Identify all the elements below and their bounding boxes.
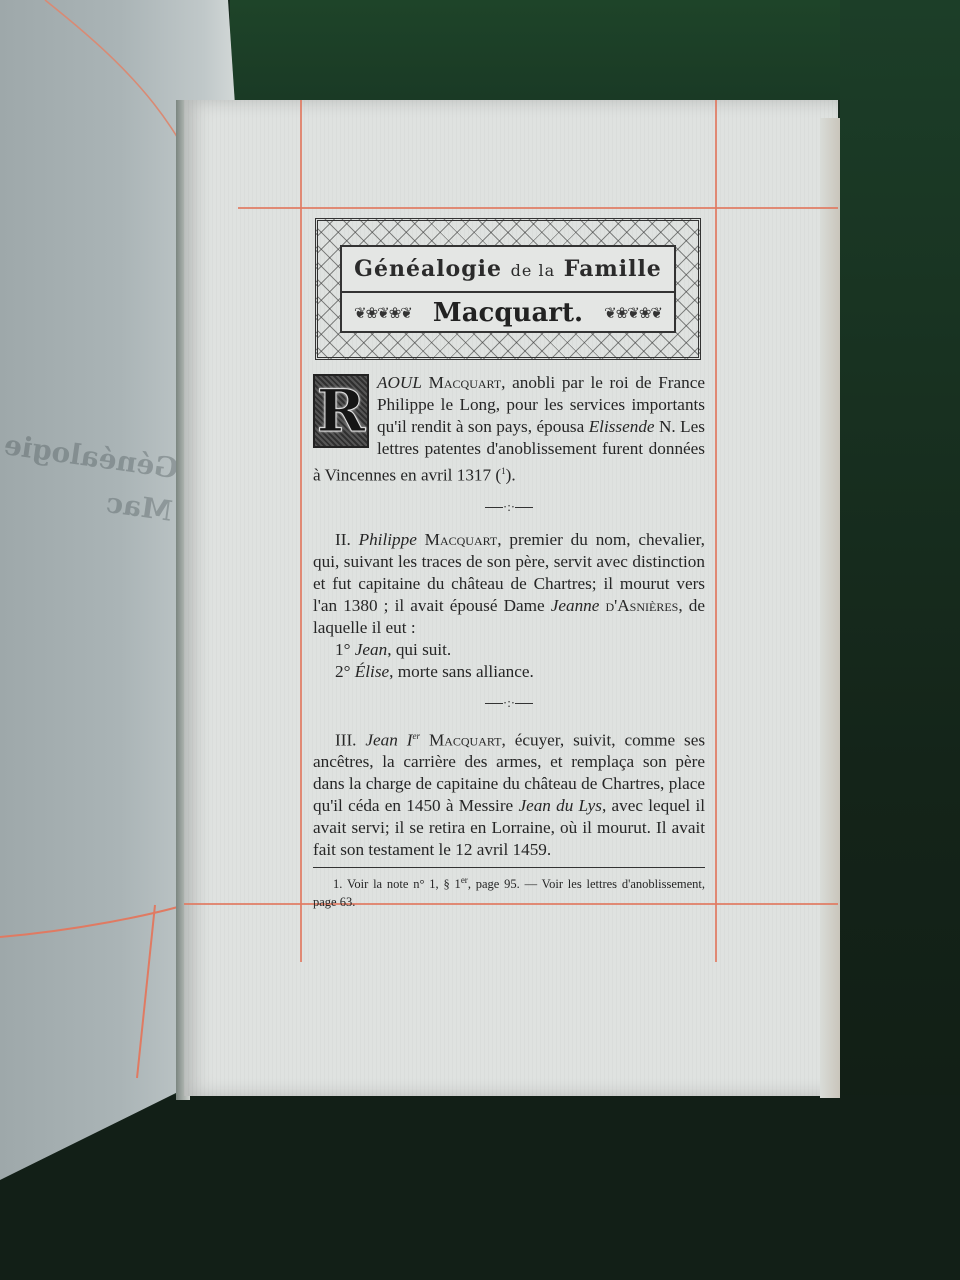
paragraph-jean: III. Jean Ier Macquart, écuyer, suivit, … xyxy=(313,725,705,862)
footnote-divider xyxy=(313,867,705,868)
section-separator-ornament: ·:· xyxy=(313,695,705,711)
flourish-ornament-icon: ❦❀❦❀❦ xyxy=(354,304,412,323)
text-block: Généalogie de la Famille ❦❀❦❀❦ Macquart.… xyxy=(313,218,705,911)
title-inner-panel: Généalogie de la Famille ❦❀❦❀❦ Macquart.… xyxy=(340,245,676,333)
family-name-title: Macquart. xyxy=(433,298,583,328)
flourish-ornament-icon: ❦❀❦❀❦ xyxy=(604,304,662,323)
background-cloth-bottom xyxy=(0,1095,960,1280)
paragraph-philippe: II. Philippe Macquart, premier du nom, c… xyxy=(313,529,705,639)
margin-rule-top xyxy=(238,207,838,209)
margin-rule-right xyxy=(715,100,717,962)
title-line-2: ❦❀❦❀❦ Macquart. ❦❀❦❀❦ xyxy=(342,293,674,333)
child-list-item: 1° Jean, qui suit. xyxy=(313,639,705,661)
margin-rule-left xyxy=(300,100,302,962)
footnote: 1. Voir la note n° 1, § 1er, page 95. — … xyxy=(313,872,705,910)
left-page-bleedthrough-text: Généalogie Mac xyxy=(0,419,182,621)
section-separator-ornament: ·:· xyxy=(313,499,705,515)
title-line-1: Généalogie de la Famille xyxy=(342,247,674,293)
paragraph-raoul: RAOUL Macquart, anobli par le roi de Fra… xyxy=(313,372,705,487)
background-cloth-right xyxy=(840,0,960,1280)
child-list-item: 2° Élise, morte sans alliance. xyxy=(313,661,705,683)
title-cartouche: Généalogie de la Famille ❦❀❦❀❦ Macquart.… xyxy=(315,218,701,360)
page-fore-edge xyxy=(820,118,840,1098)
illuminated-dropcap: R xyxy=(313,374,369,448)
